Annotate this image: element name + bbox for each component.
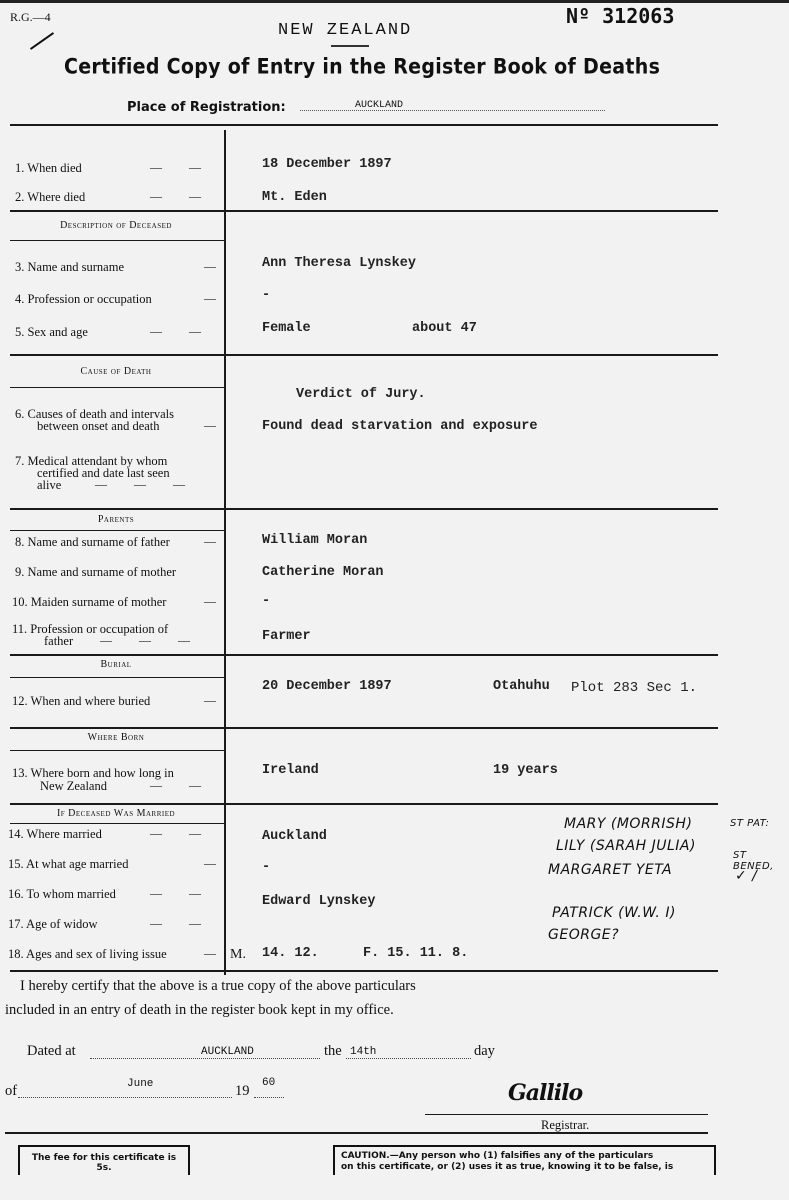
- dash-leader: — — —: [100, 633, 190, 648]
- value-name: Ann Theresa Lynskey: [262, 256, 416, 271]
- rule: [10, 354, 718, 356]
- footer-rule: [5, 1132, 708, 1134]
- dash-leader: — — —: [95, 477, 185, 492]
- certificate-number: Nº 312063: [566, 4, 674, 28]
- document-title: Certified Copy of Entry in the Register …: [64, 55, 660, 79]
- field-label-age-married: 15. At what age married: [8, 858, 128, 871]
- dash-leader: —: [204, 856, 216, 871]
- dash-leader: — —: [150, 324, 201, 339]
- rule: [10, 530, 224, 531]
- rule: [10, 240, 224, 241]
- field-label-age-of-widow: 17. Age of widow: [8, 918, 98, 931]
- registrar-label: Registrar.: [541, 1118, 589, 1133]
- field-label-father-occupation-cont: father: [44, 635, 73, 648]
- table-top-rule: [10, 124, 718, 126]
- section-description-of-deceased: Description of Deceased: [10, 220, 222, 231]
- value-sex: Female: [262, 321, 311, 336]
- value-age-married: -: [262, 860, 270, 875]
- value-father-occupation: Farmer: [262, 629, 311, 644]
- form-code: R.G.—4: [10, 10, 51, 25]
- value-issue-female: F. 15. 11. 8.: [363, 946, 468, 961]
- signature-line: [425, 1114, 708, 1115]
- value-maiden-surname: -: [262, 594, 270, 609]
- rule: [10, 387, 224, 388]
- the-label: the: [324, 1043, 342, 1060]
- dash-leader: — —: [150, 916, 201, 931]
- value-issue-male-prefix: M.: [230, 948, 246, 961]
- section-where-born: Where Born: [10, 732, 222, 743]
- fee-notice-box: The fee for this certificate is 5s.: [18, 1145, 190, 1175]
- handwritten-note-lily: LILY (SARAH JULIA): [556, 838, 696, 854]
- field-label-profession: 4. Profession or occupation: [15, 293, 152, 306]
- dash-leader: — —: [150, 189, 201, 204]
- handwritten-checkmark: ✓ /: [735, 868, 757, 884]
- field-label-spouse: 16. To whom married: [8, 888, 116, 901]
- rule: [10, 750, 224, 751]
- field-label-father: 8. Name and surname of father: [15, 536, 170, 549]
- value-father: William Moran: [262, 533, 367, 548]
- value-mother: Catherine Moran: [262, 565, 384, 580]
- field-label-when-died: 1. When died: [15, 162, 82, 175]
- rule: [10, 677, 224, 678]
- day-label: day: [474, 1043, 495, 1060]
- caution-notice-box: CAUTION.—Any person who (1) falsifies an…: [333, 1145, 716, 1175]
- handwritten-note-patrick: PATRICK (W.W. I): [552, 905, 676, 921]
- value-burial-date: 20 December 1897: [262, 679, 392, 694]
- pen-mark: [30, 32, 54, 50]
- field-label-where-married: 14. Where married: [8, 828, 102, 841]
- section-parents: Parents: [10, 514, 222, 525]
- of-label: of: [5, 1083, 17, 1100]
- country-heading: NEW ZEALAND: [278, 21, 412, 40]
- dash-leader: —: [204, 534, 216, 549]
- field-label-sex-age: 5. Sex and age: [15, 326, 88, 339]
- dash-leader: — —: [150, 826, 201, 841]
- dash-leader: —: [204, 418, 216, 433]
- rule: [10, 823, 224, 824]
- value-cause-of-death: Found dead starvation and exposure: [262, 419, 537, 434]
- field-label-causes-cont: between onset and death: [37, 420, 160, 433]
- value-profession: -: [262, 288, 270, 303]
- value-spouse: Edward Lynskey: [262, 894, 375, 909]
- handwritten-note-george: GEORGE?: [548, 927, 619, 943]
- value-burial-plot: Plot 283 Sec 1.: [571, 680, 697, 696]
- day-value: 14th: [350, 1046, 376, 1058]
- field-label-living-issue: 18. Ages and sex of living issue: [8, 948, 167, 961]
- rule: [10, 654, 718, 656]
- rule: [10, 210, 718, 212]
- dotted-line: [90, 1058, 320, 1059]
- value-where-died: Mt. Eden: [262, 190, 327, 205]
- field-label-medical-attendant-cont2: alive: [37, 479, 61, 492]
- value-when-died: 18 December 1897: [262, 157, 392, 172]
- rule: [10, 508, 718, 510]
- value-years-in-nz: 19 years: [493, 763, 558, 778]
- dated-at-value: AUCKLAND: [201, 1046, 254, 1058]
- section-burial: Burial: [10, 659, 222, 670]
- scan-top-edge: [0, 0, 789, 3]
- field-label-maiden-surname: 10. Maiden surname of mother: [12, 596, 166, 609]
- dotted-line: [18, 1097, 232, 1098]
- caution-line-1: CAUTION.—Any person who (1) falsifies an…: [341, 1151, 708, 1162]
- dash-leader: —: [204, 946, 216, 961]
- place-of-registration-label: Place of Registration:: [127, 100, 286, 115]
- field-label-mother: 9. Name and surname of mother: [15, 566, 176, 579]
- value-age: about 47: [412, 321, 477, 336]
- year-prefix: 19: [235, 1083, 250, 1100]
- place-dotted-line: [300, 110, 605, 111]
- fee-amount: 5s.: [20, 1163, 188, 1173]
- table-bottom-rule: [10, 970, 718, 972]
- field-label-burial: 12. When and where buried: [12, 695, 150, 708]
- dash-leader: —: [204, 594, 216, 609]
- registrar-signature: Gallilo: [508, 1080, 582, 1106]
- rule: [10, 727, 718, 729]
- value-issue-male: 14. 12.: [262, 946, 319, 961]
- dash-leader: —: [204, 693, 216, 708]
- column-divider: [224, 130, 226, 975]
- section-cause-of-death: Cause of Death: [10, 366, 222, 377]
- value-birthplace: Ireland: [262, 763, 319, 778]
- rule: [10, 803, 718, 805]
- dash-leader: —: [204, 259, 216, 274]
- value-verdict: Verdict of Jury.: [296, 387, 426, 402]
- handwritten-note-margaret: MARGARET YETA: [548, 862, 672, 878]
- dotted-line: [346, 1058, 471, 1059]
- section-if-married: If Deceased Was Married: [10, 808, 222, 819]
- certification-line-2: included in an entry of death in the reg…: [5, 1002, 394, 1019]
- value-burial-place: Otahuhu: [493, 679, 550, 694]
- fee-notice-text: The fee for this certificate is: [20, 1153, 188, 1163]
- field-label-where-born-cont: New Zealand: [40, 780, 107, 793]
- dated-at-label: Dated at: [27, 1043, 76, 1060]
- caution-line-2: on this certificate, or (2) uses it as t…: [341, 1162, 708, 1173]
- place-of-registration-value: AUCKLAND: [355, 100, 403, 111]
- dash-leader: — —: [150, 160, 201, 175]
- dash-leader: — —: [150, 886, 201, 901]
- field-label-name: 3. Name and surname: [15, 261, 124, 274]
- heading-underline: [331, 45, 369, 47]
- value-where-married: Auckland: [262, 829, 327, 844]
- field-label-where-died: 2. Where died: [15, 191, 85, 204]
- handwritten-note-mary: MARY (MORRISH): [564, 816, 692, 832]
- dash-leader: — —: [150, 778, 201, 793]
- dotted-line: [254, 1097, 284, 1098]
- year-suffix: 60: [262, 1077, 275, 1089]
- certification-line-1: I hereby certify that the above is a tru…: [20, 978, 416, 995]
- handwritten-note-st-pat: ST PAT:: [730, 818, 769, 829]
- dash-leader: —: [204, 291, 216, 306]
- month-value: June: [127, 1078, 153, 1090]
